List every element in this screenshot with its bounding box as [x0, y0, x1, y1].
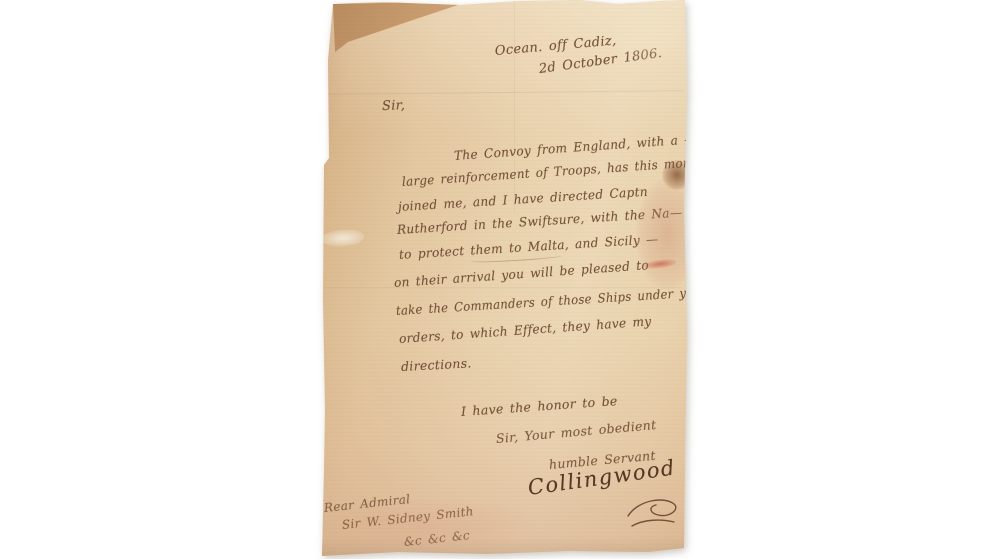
valediction-line: Sir, Your most obedient — [495, 417, 657, 446]
red-ink-smudge — [644, 258, 677, 270]
letter-paper: Ocean. off Cadiz, 2d October 1806. Sir, … — [318, 0, 690, 559]
signature: Collingwood — [526, 455, 677, 500]
date-line: 2d October 1806. — [538, 46, 663, 77]
signature-paraph — [624, 492, 682, 534]
stain — [614, 6, 688, 64]
body-line: The Convoy from England, with a — — [453, 131, 697, 163]
torn-corner — [318, 0, 488, 60]
letter-paper-shadow: Ocean. off Cadiz, 2d October 1806. Sir, … — [318, 0, 690, 559]
valediction-line: I have the honor to be — [460, 393, 618, 419]
stain — [318, 498, 538, 556]
body-line: Rutherford in the Swiftsure, with the Na… — [397, 205, 683, 237]
fold-crease — [514, 2, 515, 212]
body-line: take the Commanders of those Ships under… — [396, 284, 708, 318]
body-line: orders, to which Effect, they have my — [398, 313, 651, 346]
body-line: to protect them to Malta, and Sicily — — [399, 231, 659, 262]
paper-repair-patch — [321, 229, 364, 248]
body-line: on their arrival you will be pleased to — [393, 257, 649, 290]
recipient-line: Rear Admiral — [323, 492, 411, 515]
body-line: joined me, and I have directed Captn — [398, 184, 649, 214]
fold-crease — [324, 287, 682, 288]
stain — [662, 160, 692, 190]
handwriting-layer: Ocean. off Cadiz, 2d October 1806. Sir, … — [318, 0, 690, 559]
fold-crease — [324, 90, 684, 95]
recipient-line: Sir W. Sidney Smith — [341, 504, 474, 532]
place-line: Ocean. off Cadiz, — [494, 33, 617, 59]
body-line: directions. — [401, 355, 472, 374]
letter-photo: Ocean. off Cadiz, 2d October 1806. Sir, … — [0, 0, 994, 559]
valediction-line: humble Servant — [548, 448, 656, 472]
underline-flourish — [470, 253, 562, 264]
salutation: Sir, — [382, 98, 406, 114]
recipient-line: &c &c &c — [403, 528, 470, 549]
body-line: large reinforcement of Troops, has this … — [402, 153, 716, 189]
stain — [636, 178, 698, 290]
